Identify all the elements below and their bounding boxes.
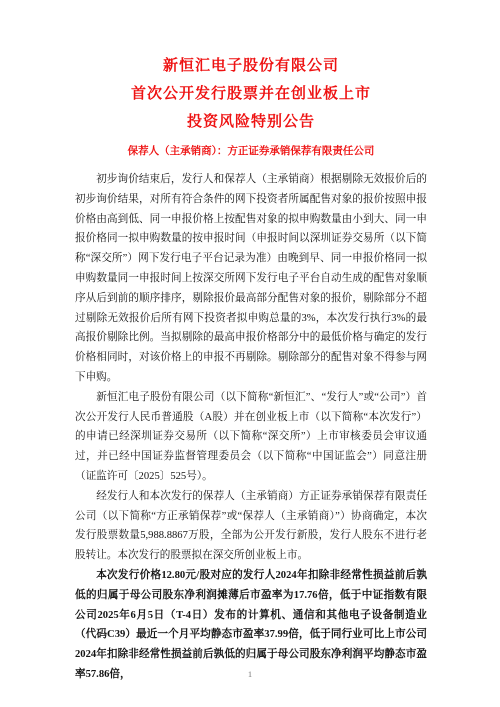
announcement-subtitle: 投资风险特别公告 (75, 108, 427, 136)
offering-subtitle: 首次公开发行股票并在创业板上市 (75, 80, 427, 108)
paragraph-registration-approval: 新恒汇电子股份有限公司（以下简称“新恒汇”、“发行人”或“公司”）首次公开发行人… (75, 388, 427, 487)
paragraph-inquiry-process: 初步询价结束后，发行人和保荐人（主承销商）根据剔除无效报价后的初步询价结果，对所… (75, 170, 427, 388)
paragraph-pricing-pe-ratio: 本次发行价格12.80元/股对应的发行人2024年扣除非经常性损益前后孰低的归属… (75, 566, 427, 685)
paragraph-share-quantity: 经发行人和本次发行的保荐人（主承销商）方正证券承销保荐有限责任公司（以下简称“方… (75, 487, 427, 566)
document-title-block: 新恒汇电子股份有限公司 首次公开发行股票并在创业板上市 投资风险特别公告 (75, 52, 427, 136)
document-body: 初步询价结束后，发行人和保荐人（主承销商）根据剔除无效报价后的初步询价结果，对所… (75, 170, 427, 685)
document-page: 新恒汇电子股份有限公司 首次公开发行股票并在创业板上市 投资风险特别公告 保荐人… (0, 0, 500, 707)
company-name-title: 新恒汇电子股份有限公司 (75, 52, 427, 80)
sponsor-line: 保荐人（主承销商）：方正证券承销保荐有限责任公司 (75, 145, 427, 159)
page-number: 1 (0, 669, 500, 679)
